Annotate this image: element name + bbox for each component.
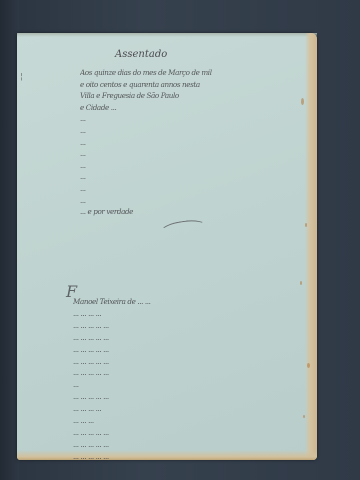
manuscript-line: Aos quinze dias do mes de Março de mil (80, 67, 250, 79)
manuscript-line: ... (80, 183, 250, 195)
manuscript-line: ... (80, 148, 250, 160)
manuscript-line: ... (80, 195, 250, 207)
foxing-stain (300, 281, 302, 285)
manuscript-entry-2: Manoel Teixeira de ... ... ... ... ... .… (73, 296, 233, 463)
foxing-stain (305, 223, 307, 227)
foxing-stain (303, 415, 305, 418)
manuscript-line: ... ... ... ... ... (73, 451, 233, 463)
manuscript-line: ... ... ... ... ... (73, 320, 233, 332)
manuscript-line: ... (73, 379, 233, 391)
entry-heading: Assentado (115, 49, 167, 60)
manuscript-entry-1: Aos quinze dias do mes de Março de mil e… (80, 67, 250, 218)
manuscript-line: e Cidade ... (80, 102, 250, 114)
manuscript-line: ... ... ... (73, 415, 233, 427)
page-top-edge (17, 33, 317, 37)
manuscript-line: ... ... ... ... ... (73, 344, 233, 356)
binding-spine (0, 0, 18, 480)
manuscript-line: ... (80, 137, 250, 149)
manuscript-line: ... e por verdade (80, 206, 250, 218)
foxing-stain (307, 363, 310, 368)
manuscript-line: ... (80, 171, 250, 183)
manuscript-line: Villa e Freguesia de São Paulo (80, 90, 250, 102)
manuscript-line: Manoel Teixeira de ... ... (73, 296, 233, 308)
manuscript-line: ... ... ... ... ... (73, 427, 233, 439)
foxing-stain (301, 98, 304, 105)
manuscript-line: ... ... ... ... (73, 403, 233, 415)
margin-mark: ¦ (20, 72, 23, 81)
manuscript-line: ... ... ... ... ... (73, 356, 233, 368)
page-right-edge (305, 33, 317, 460)
manuscript-line: ... (80, 113, 250, 125)
manuscript-line: e oito centos e quarenta annos nesta (80, 79, 250, 91)
manuscript-line: ... (80, 125, 250, 137)
manuscript-line: ... (80, 160, 250, 172)
manuscript-line: ... ... ... ... ... (73, 332, 233, 344)
manuscript-line: ... ... ... ... (73, 308, 233, 320)
manuscript-line: ... ... ... ... ... (73, 391, 233, 403)
manuscript-line: ... ... ... ... ... (73, 367, 233, 379)
manuscript-line: ... ... ... ... ... (73, 439, 233, 451)
